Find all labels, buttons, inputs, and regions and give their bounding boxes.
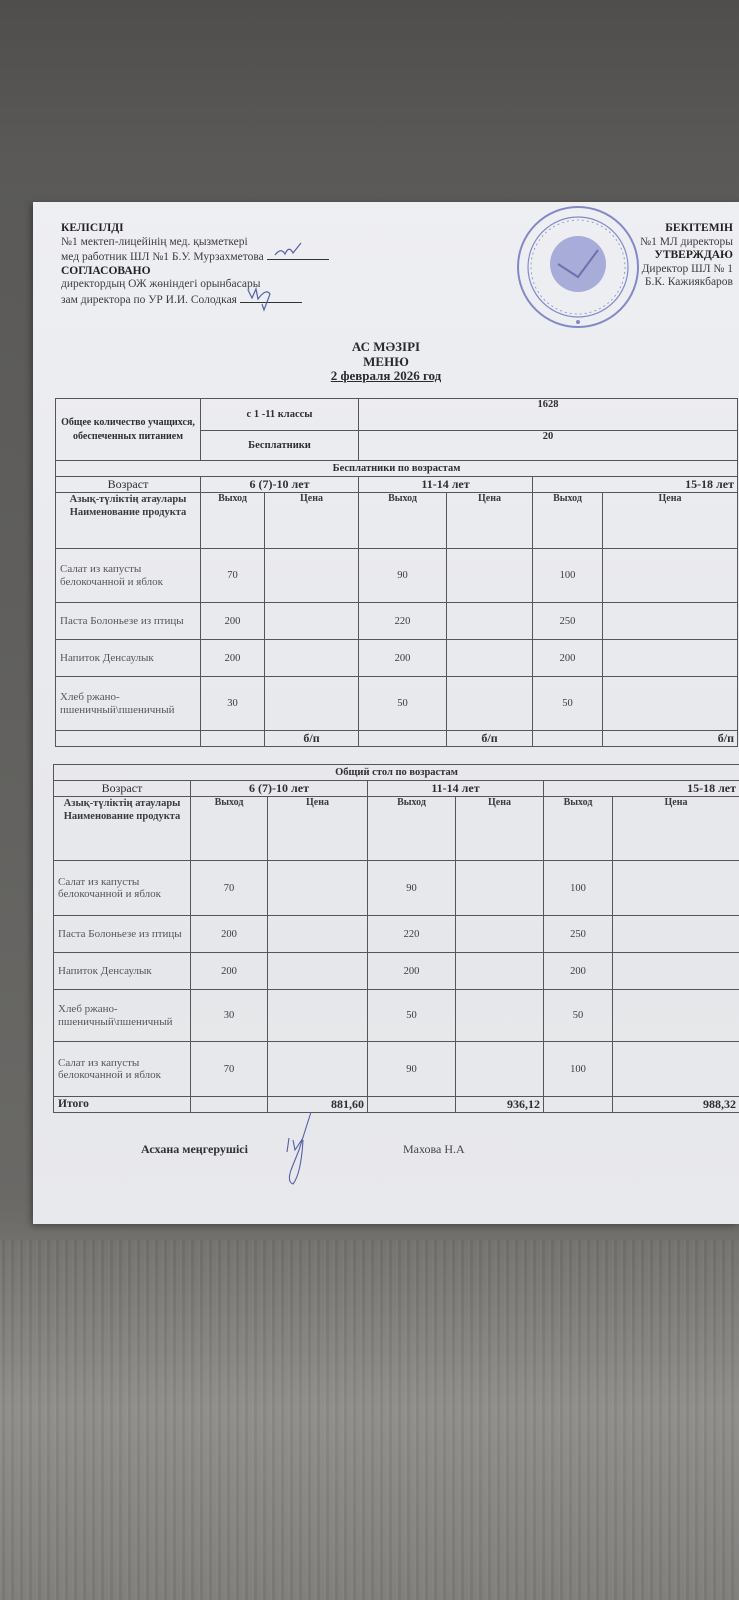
yield-cell: 250 xyxy=(533,603,603,640)
price-cell xyxy=(456,1042,544,1097)
yield-cell: 200 xyxy=(191,916,268,953)
yield-cell: 70 xyxy=(201,549,265,603)
price-cell xyxy=(603,603,738,640)
yield-cell: 90 xyxy=(368,1042,456,1097)
price-cell xyxy=(613,1042,739,1097)
price-cell xyxy=(613,861,739,916)
product-header: Азық-түліктің атаулары Наименование прод… xyxy=(56,493,201,549)
price-cell xyxy=(456,953,544,990)
age-group: 11-14 лет xyxy=(368,781,544,797)
yield-cell: 70 xyxy=(191,861,268,916)
price-cell xyxy=(265,677,359,731)
yield-cell: 200 xyxy=(533,640,603,677)
table-row: Салат из капусты белокочанной и яблок 70… xyxy=(54,861,739,916)
column-header-row: Азық-түліктің атаулары Наименование прод… xyxy=(54,797,739,861)
yield-cell: 200 xyxy=(191,953,268,990)
age-group: 15-18 лет xyxy=(533,477,738,493)
yield-cell: 220 xyxy=(368,916,456,953)
price-cell xyxy=(265,640,359,677)
document-title: АС МӘЗІРІ МЕНЮ 2 февраля 2026 год xyxy=(33,340,739,384)
price-cell xyxy=(268,861,368,916)
age-label: Возраст xyxy=(54,781,191,797)
official-stamp-icon xyxy=(513,202,643,332)
title-kz: АС МӘЗІРІ xyxy=(33,340,739,355)
deputy-ru-line: зам директора по УР И.И. Солодкая xyxy=(61,292,329,308)
section-title: Общий стол по возрастам xyxy=(54,765,739,781)
price-header: Цена xyxy=(447,493,533,549)
product-name: Хлеб ржано-пшеничный\пшеничный xyxy=(54,990,191,1042)
yield-cell: 50 xyxy=(533,677,603,731)
price-cell xyxy=(447,640,533,677)
yield-cell: 30 xyxy=(201,677,265,731)
age-group: 6 (7)-10 лет xyxy=(201,477,359,493)
yield-cell: 200 xyxy=(544,953,613,990)
director-name: Б.К. Кажиякбаров xyxy=(640,276,733,290)
yield-cell: 90 xyxy=(368,861,456,916)
price-header: Цена xyxy=(268,797,368,861)
director-ru: Директор ШЛ № 1 xyxy=(640,263,733,277)
approval-right-block: БЕКІТЕМІН №1 МЛ директоры УТВЕРЖДАЮ Дире… xyxy=(640,222,733,290)
yield-cell: 100 xyxy=(533,549,603,603)
total-price: б/п xyxy=(603,731,738,747)
yield-cell: 250 xyxy=(544,916,613,953)
summary-value: 20 xyxy=(359,431,738,461)
summary-value: 1628 xyxy=(359,399,738,431)
price-cell xyxy=(613,990,739,1042)
signature-line xyxy=(267,249,329,260)
product-name: Паста Болоньезе из птицы xyxy=(54,916,191,953)
price-header: Цена xyxy=(265,493,359,549)
signature-line xyxy=(240,292,302,303)
age-group: 6 (7)-10 лет xyxy=(191,781,368,797)
table-row: Хлеб ржано-пшеничный\пшеничный 30 50 50 xyxy=(54,990,739,1042)
product-name: Паста Болоньезе из птицы xyxy=(56,603,201,640)
approve-kz-label: БЕКІТЕМІН xyxy=(640,222,733,236)
yield-header: Выход xyxy=(533,493,603,549)
price-cell xyxy=(456,916,544,953)
price-header: Цена xyxy=(603,493,738,549)
yield-cell: 70 xyxy=(191,1042,268,1097)
table-row: Салат из капусты белокочанной и яблок 70… xyxy=(54,1042,739,1097)
total-row: Итого 881,60 936,12 988,32 xyxy=(54,1097,739,1113)
total-label: Итого xyxy=(54,1097,191,1113)
general-meals-table: Общий стол по возрастам Возраст 6 (7)-10… xyxy=(53,764,739,1113)
approve-ru-label: УТВЕРЖДАЮ xyxy=(640,249,733,263)
yield-cell: 200 xyxy=(201,640,265,677)
signature-icon xyxy=(244,284,288,316)
section-title: Бесплатники по возрастам xyxy=(56,461,738,477)
approval-left-block: КЕЛІСІЛДІ №1 мектеп-лицейінің мед. қызме… xyxy=(61,222,329,308)
table-row: Паста Болоньезе из птицы 200 220 250 xyxy=(56,603,738,640)
product-name: Напиток Денсаулык xyxy=(56,640,201,677)
age-group: 15-18 лет xyxy=(544,781,739,797)
table-row: Паста Болоньезе из птицы 200 220 250 xyxy=(54,916,739,953)
table-row: Напиток Денсаулык 200 200 200 xyxy=(56,640,738,677)
deputy-kz: директордың ОЖ жөніндегі орынбасары xyxy=(61,278,329,292)
yield-header: Выход xyxy=(368,797,456,861)
price-cell xyxy=(268,1042,368,1097)
summary-category: Бесплатники xyxy=(201,431,359,461)
yield-cell: 200 xyxy=(368,953,456,990)
product-name: Салат из капусты белокочанной и яблок xyxy=(54,861,191,916)
summary-category: с 1 -11 классы xyxy=(201,399,359,431)
title-ru: МЕНЮ xyxy=(33,355,739,370)
price-cell xyxy=(268,990,368,1042)
total-price: б/п xyxy=(447,731,533,747)
signature-icon xyxy=(271,241,311,259)
total-price: 988,32 xyxy=(613,1097,739,1113)
yield-cell: 100 xyxy=(544,861,613,916)
price-cell xyxy=(613,916,739,953)
yield-header: Выход xyxy=(201,493,265,549)
yield-cell: 30 xyxy=(191,990,268,1042)
column-header-row: Азық-түліктің атаулары Наименование прод… xyxy=(56,493,738,549)
product-name: Салат из капусты белокочанной и яблок xyxy=(56,549,201,603)
price-cell xyxy=(456,990,544,1042)
free-meals-table: Общее количество учащихся, обеспеченных … xyxy=(55,398,738,747)
price-cell xyxy=(268,953,368,990)
canteen-manager-name: Махова Н.А xyxy=(403,1142,465,1157)
price-cell xyxy=(447,603,533,640)
yield-cell: 50 xyxy=(368,990,456,1042)
total-row: б/п б/п б/п xyxy=(56,731,738,747)
total-price: 936,12 xyxy=(456,1097,544,1113)
price-header: Цена xyxy=(613,797,739,861)
price-cell xyxy=(265,549,359,603)
price-cell xyxy=(603,640,738,677)
med-worker-ru: мед работник ШЛ №1 Б.У. Мурзахметова xyxy=(61,251,264,263)
yield-header: Выход xyxy=(191,797,268,861)
summary-label: Общее количество учащихся, обеспеченных … xyxy=(56,399,201,461)
product-name: Хлеб ржано-пшеничный\пшеничный xyxy=(56,677,201,731)
price-cell xyxy=(613,953,739,990)
canteen-manager-label: Асхана меңгерушісі xyxy=(141,1142,248,1157)
agreed-ru-label: СОГЛАСОВАНО xyxy=(61,265,329,279)
yield-cell: 220 xyxy=(359,603,447,640)
background-surface xyxy=(0,1240,739,1600)
yield-cell: 50 xyxy=(544,990,613,1042)
table-row: Хлеб ржано-пшеничный\пшеничный 30 50 50 xyxy=(56,677,738,731)
age-label: Возраст xyxy=(56,477,201,493)
age-header-row: Возраст 6 (7)-10 лет 11-14 лет 15-18 лет xyxy=(54,781,739,797)
yield-cell: 90 xyxy=(359,549,447,603)
yield-header: Выход xyxy=(544,797,613,861)
product-name: Салат из капусты белокочанной и яблок xyxy=(54,1042,191,1097)
price-cell xyxy=(268,916,368,953)
yield-cell: 100 xyxy=(544,1042,613,1097)
agreed-kz-label: КЕЛІСІЛДІ xyxy=(61,222,329,236)
yield-cell: 200 xyxy=(201,603,265,640)
signature-icon xyxy=(281,1110,321,1190)
price-cell xyxy=(265,603,359,640)
yield-cell: 200 xyxy=(359,640,447,677)
menu-document: КЕЛІСІЛДІ №1 мектеп-лицейінің мед. қызме… xyxy=(33,202,739,1224)
price-header: Цена xyxy=(456,797,544,861)
table-row: Напиток Денсаулык 200 200 200 xyxy=(54,953,739,990)
summary-row: Общее количество учащихся, обеспеченных … xyxy=(56,399,738,431)
yield-cell: 50 xyxy=(359,677,447,731)
yield-header: Выход xyxy=(359,493,447,549)
total-price: б/п xyxy=(265,731,359,747)
menu-date: 2 февраля 2026 год xyxy=(33,369,739,384)
med-worker-ru-line: мед работник ШЛ №1 Б.У. Мурзахметова xyxy=(61,249,329,265)
age-header-row: Возраст 6 (7)-10 лет 11-14 лет 15-18 лет xyxy=(56,477,738,493)
product-name: Напиток Денсаулык xyxy=(54,953,191,990)
price-cell xyxy=(447,549,533,603)
price-cell xyxy=(603,677,738,731)
total-label xyxy=(56,731,201,747)
product-header: Азық-түліктің атаулары Наименование прод… xyxy=(54,797,191,861)
table-row: Салат из капусты белокочанной и яблок 70… xyxy=(56,549,738,603)
price-cell xyxy=(603,549,738,603)
price-cell xyxy=(447,677,533,731)
price-cell xyxy=(456,861,544,916)
director-kz: №1 МЛ директоры xyxy=(640,236,733,250)
deputy-ru: зам директора по УР И.И. Солодкая xyxy=(61,294,237,306)
age-group: 11-14 лет xyxy=(359,477,533,493)
